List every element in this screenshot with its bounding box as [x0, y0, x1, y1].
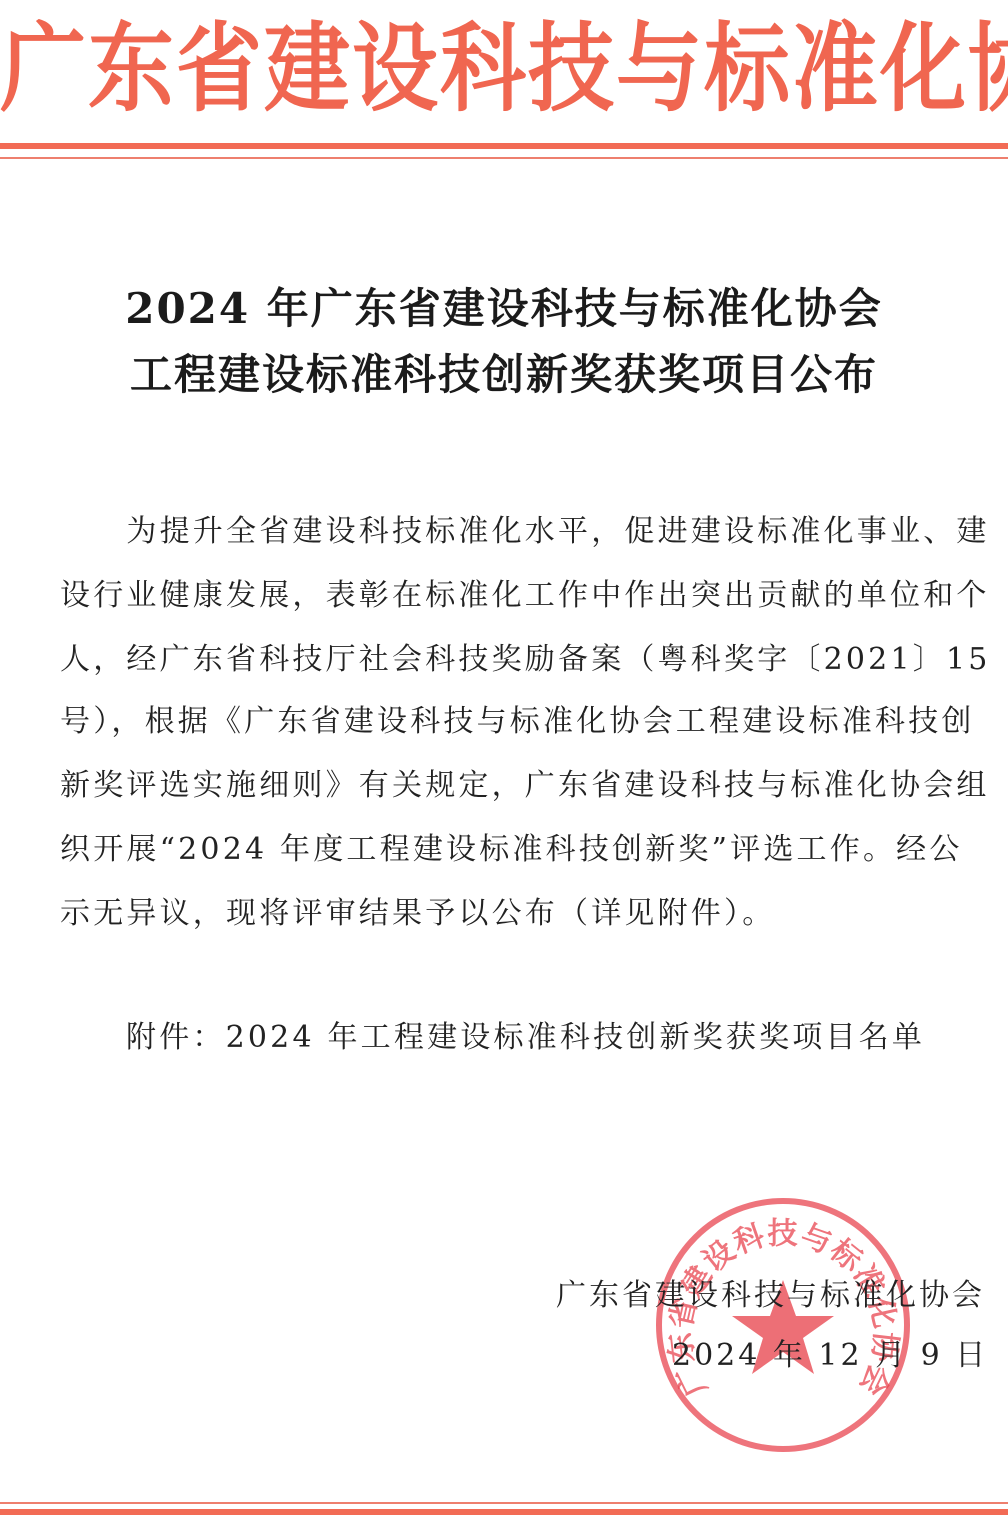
header-rule-thin [0, 157, 1008, 159]
footer-rule-thin [0, 1502, 1008, 1504]
attachment-note: 附件：2024 年工程建设标准科技创新奖获奖项目名单 [126, 1018, 925, 1058]
signature-org: 广东省建设科技与标准化协会 [556, 1276, 985, 1316]
body-line: 号），根据《广东省建设科技与标准化协会工程建设标准科技创 [60, 702, 1000, 742]
header-rule-thick [0, 143, 1008, 149]
body-line: 设行业健康发展，表彰在标准化工作中作出突出贡献的单位和个 [60, 576, 1000, 616]
body-line: 人，经广东省科技厅社会科技奖励备案（粤科奖字〔2021〕15 [60, 640, 1000, 680]
body-line: 织开展“2024 年度工程建设标准科技创新奖”评选工作。经公 [60, 830, 1000, 870]
masthead-org-name: 广东省建设科技与标准化协会 [0, 8, 1008, 131]
body-line: 新奖评选实施细则》有关规定，广东省建设科技与标准化协会组 [60, 766, 1000, 806]
body-line: 为提升全省建设科技标准化水平，促进建设标准化事业、建 [60, 512, 1000, 552]
seal-graphic: 广东省建设科技与标准化协会 [662, 1204, 904, 1446]
document-title-line-1: 2024 年广东省建设科技与标准化协会 [0, 276, 1008, 336]
body-line: 示无异议，现将评审结果予以公布（详见附件）。 [60, 894, 1000, 934]
document-title-line-2: 工程建设标准科技创新奖获奖项目公布 [0, 342, 1008, 402]
official-seal: 广东省建设科技与标准化协会 [656, 1198, 910, 1452]
footer-rule-thick [0, 1509, 1008, 1515]
signature-date: 2024 年 12 月 9 日 [672, 1336, 988, 1376]
